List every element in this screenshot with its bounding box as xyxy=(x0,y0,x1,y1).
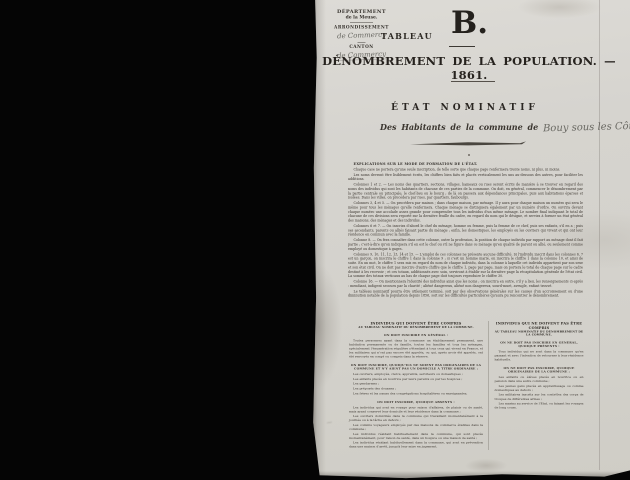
include-item: Les individus résidant habituellement da… xyxy=(349,441,483,449)
exclude-item: Les militaires inscrits sur les contrôle… xyxy=(495,393,584,401)
etat-nominatif-heading: ÉTAT NOMINATIF xyxy=(310,103,620,113)
commune-line: Des Habitants de la commune de Bouy sous… xyxy=(380,122,630,133)
include-item: Les enfants placés en nourrice par leurs… xyxy=(349,377,483,381)
explication-paragraph-8: Colonne 16. — On mentionnera l'identité … xyxy=(348,280,583,289)
include-subhead-not-native: ON DOIT INSCRIRE, QUOIQU'ILS NE SOIENT P… xyxy=(349,364,483,371)
scan-page: DÉPARTEMENT de la Meuse. ARRONDISSEMENT … xyxy=(310,0,630,480)
explication-paragraph-4: Colonnes 3, 4 et 5. — On procédera par m… xyxy=(348,201,583,223)
include-item: Les individus résidant habituellement da… xyxy=(349,432,483,440)
explications-section: EXPLICATIONS SUR LE MODE DE FORMATION DE… xyxy=(348,162,583,299)
explication-paragraph-1: Chaque case ne portera qu'une seule insc… xyxy=(348,167,583,171)
scanned-image-background: DÉPARTEMENT de la Meuse. ARRONDISSEMENT … xyxy=(0,0,630,480)
separator-dot xyxy=(468,154,470,156)
exclude-item: Les jeunes gens placés en apprentissage … xyxy=(495,384,584,392)
departement-label: DÉPARTEMENT xyxy=(324,9,399,15)
include-subhead-general: ON DOIT INSCRIRE EN GÉNÉRAL : xyxy=(349,334,483,338)
divider-rule-small xyxy=(358,42,366,43)
rule-under-b xyxy=(449,46,475,47)
exclude-item: Les enfants ou élèves placés en nourrice… xyxy=(495,376,584,384)
include-column-subtitle: AU TABLEAU NOMINATIF DU DÉNOMBREMENT DE … xyxy=(349,326,483,329)
exclude-subhead-general: ON NE DOIT PAS INSCRIRE EN GÉNÉRAL, QUOI… xyxy=(495,341,584,348)
include-item: Les individus qui sont en voyage pour ra… xyxy=(349,406,483,414)
inclusion-rules-section: INDIVIDUS QUI DOIVENT ÊTRE COMPRIS AU TA… xyxy=(349,321,584,450)
exclude-general-paragraph: Tous individus qui ne sont dans la commu… xyxy=(495,350,584,362)
include-item: Les ouvriers domiciliés dans la commune … xyxy=(349,415,483,423)
flourish-underline xyxy=(410,141,528,146)
explications-heading: EXPLICATIONS SUR LE MODE DE FORMATION DE… xyxy=(348,162,583,166)
canton-label: CANTON xyxy=(324,45,399,50)
commune-name-handwritten: Bouy sous les Côtes xyxy=(543,121,630,135)
explication-paragraph-2: Les noms devront être lisiblement écrits… xyxy=(348,173,583,182)
explication-paragraph-5: Colonnes 6 et 7. — On inscrira d'abord l… xyxy=(348,224,583,237)
include-item: Les préposés des douanes ; xyxy=(349,387,483,391)
explication-paragraph-6: Colonne 8. — On fera connaître dans cett… xyxy=(348,238,583,251)
exclude-column: INDIVIDUS QUI NE DOIVENT PAS ÊTRE COMPRI… xyxy=(489,321,584,450)
include-subhead-absent: ON DOIT INSCRIRE, QUOIQUE ABSENTS : xyxy=(349,400,483,404)
paper-fold-line xyxy=(599,0,600,470)
commune-line-prefix: Des Habitants de la commune de xyxy=(380,122,538,132)
include-item: Les gendarmes ; xyxy=(349,382,483,386)
tableau-label: TABLEAU xyxy=(381,31,433,41)
explication-paragraph-7: Colonnes 9, 10, 11, 12, 13, 14 et 15. — … xyxy=(348,252,583,278)
arrondissement-label: ARRONDISSEMENT xyxy=(324,25,399,30)
explication-paragraph-3: Colonnes 1 et 2. — Les noms des quartier… xyxy=(348,183,583,201)
departement-value: de la Meuse. xyxy=(324,15,399,20)
include-general-paragraph: Toutes personnes ayant dans la commune u… xyxy=(349,339,483,359)
include-item: Les frères et les sœurs des congrégation… xyxy=(349,392,483,396)
tableau-letter-b: B. xyxy=(451,5,488,41)
arrondissement-handwritten-value: de Commercy xyxy=(337,31,386,41)
exclude-column-subtitle: AU TABLEAU NOMINATIF DU DÉNOMBREMENT DE … xyxy=(495,331,584,337)
include-item: Les ouvriers, employés, clercs, apprenti… xyxy=(349,373,483,377)
page-title: DÉNOMBREMENT DE LA POPULATION. — 1861. xyxy=(316,54,622,82)
margin-smudge: ~ xyxy=(325,417,333,427)
exclude-item: Les marins au service de l'État, ou fais… xyxy=(495,402,584,410)
exclude-column-title: INDIVIDUS QUI NE DOIVENT PAS ÊTRE COMPRI… xyxy=(495,321,584,330)
divider-rule xyxy=(350,23,373,24)
rule-under-title xyxy=(451,81,495,82)
explication-paragraph-9: Le tableau nominatif pourra être utileme… xyxy=(348,289,583,298)
exclude-subhead-native: ON NE DOIT PAS INSCRIRE, QUOIQUE ORIGINA… xyxy=(495,367,584,374)
include-column-title: INDIVIDUS QUI DOIVENT ÊTRE COMPRIS xyxy=(349,321,483,326)
include-item: Les commis voyageurs employés par des ma… xyxy=(349,423,483,431)
include-column: INDIVIDUS QUI DOIVENT ÊTRE COMPRIS AU TA… xyxy=(349,321,483,450)
